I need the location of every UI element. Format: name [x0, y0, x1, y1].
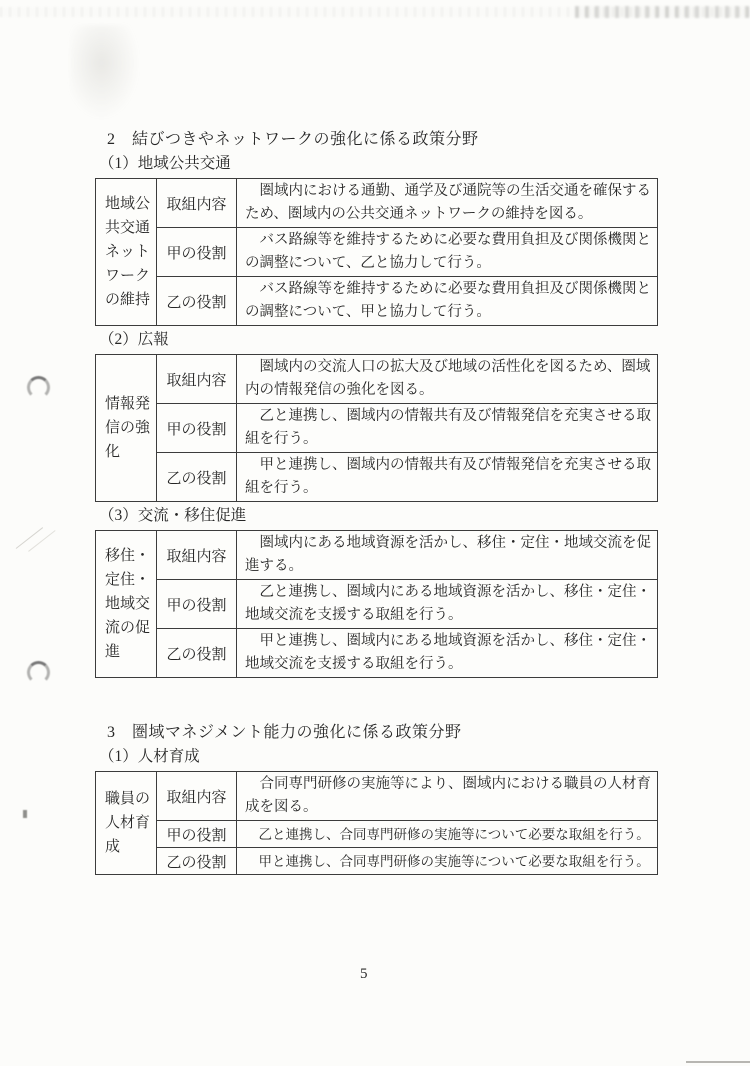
- subsection-title: （1）地域公共交通: [99, 154, 660, 174]
- subsection-title: （2）広報: [99, 330, 660, 350]
- section-heading: 3 圏域マネジメント能力の強化に係る政策分野: [107, 722, 660, 743]
- scan-speck-artifact: [23, 810, 27, 818]
- row-header-cell: 甲の役割: [157, 228, 237, 276]
- table-row: 乙の役割 甲と連携し、圏域内にある地域資源を活かし、移住・定住・地域交流を支援す…: [157, 628, 657, 677]
- punch-hole-artifact: [27, 661, 50, 684]
- table-row: 乙の役割 甲と連携し、圏域内の情報共有及び情報発信を充実させる取組を行う。: [157, 452, 657, 501]
- table-row: 取組内容 圏域内における通勤、通学及び通院等の生活交通を確保するため、圏域内の公…: [157, 179, 657, 227]
- row-content-cell: 圏域内における通勤、通学及び通院等の生活交通を確保するため、圏域内の公共交通ネッ…: [237, 179, 657, 227]
- table-category-label: 情報発信の強化: [105, 392, 151, 464]
- table-rows: 取組内容 圏域内の交流人口の拡大及び地域の活性化を図るため、圏域内の情報発信の強…: [157, 355, 657, 501]
- table-category-label: 地域公共交通ネットワークの維持: [105, 192, 151, 312]
- table-row: 甲の役割 バス路線等を維持するために必要な費用負担及び関係機関との調整について、…: [157, 227, 657, 276]
- row-header-cell: 乙の役割: [157, 848, 237, 874]
- row-content-cell: 甲と連携し、圏域内の情報共有及び情報発信を充実させる取組を行う。: [237, 453, 657, 501]
- table-row: 甲の役割 乙と連携し、合同専門研修の実施等について必要な取組を行う。: [157, 820, 657, 847]
- policy-table-migration-exchange: 移住・定住・地域交流の促進 取組内容 圏域内にある地域資源を活かし、移住・定住・…: [95, 530, 658, 678]
- row-content-cell: バス路線等を維持するために必要な費用負担及び関係機関との調整について、乙と協力し…: [237, 228, 657, 276]
- subsection-title: （1）人材育成: [99, 747, 660, 767]
- page-number: 5: [360, 966, 368, 983]
- table-rows: 取組内容 合同専門研修の実施等により、圏域内における職員の人材育成を図る。 甲の…: [157, 772, 657, 874]
- row-content-cell: 圏域内の交流人口の拡大及び地域の活性化を図るため、圏域内の情報発信の強化を図る。: [237, 355, 657, 403]
- table-category-cell: 移住・定住・地域交流の促進: [96, 531, 157, 677]
- table-category-cell: 情報発信の強化: [96, 355, 157, 501]
- table-row: 甲の役割 乙と連携し、圏域内にある地域資源を活かし、移住・定住・地域交流を支援す…: [157, 579, 657, 628]
- scratch-artifact: [16, 527, 43, 549]
- table-row: 取組内容 圏域内の交流人口の拡大及び地域の活性化を図るため、圏域内の情報発信の強…: [157, 355, 657, 403]
- section-heading: 2 結びつきやネットワークの強化に係る政策分野: [107, 129, 660, 150]
- row-content-cell: 乙と連携し、圏域内の情報共有及び情報発信を充実させる取組を行う。: [237, 404, 657, 452]
- row-content-cell: 合同専門研修の実施等により、圏域内における職員の人材育成を図る。: [237, 772, 657, 820]
- row-header-cell: 甲の役割: [157, 580, 237, 628]
- table-row: 取組内容 合同専門研修の実施等により、圏域内における職員の人材育成を図る。: [157, 772, 657, 820]
- row-content-cell: バス路線等を維持するために必要な費用負担及び関係機関との調整について、甲と協力し…: [237, 277, 657, 325]
- row-content-cell: 甲と連携し、合同専門研修の実施等について必要な取組を行う。: [237, 848, 657, 874]
- row-header-cell: 乙の役割: [157, 453, 237, 501]
- document-content: 2 結びつきやネットワークの強化に係る政策分野 （1）地域公共交通 地域公共交通…: [95, 129, 660, 879]
- row-header-cell: 甲の役割: [157, 404, 237, 452]
- scanned-document-page: 2 結びつきやネットワークの強化に係る政策分野 （1）地域公共交通 地域公共交通…: [0, 0, 750, 1066]
- scan-noise-artifact: [575, 6, 750, 18]
- table-category-label: 職員の人材育成: [105, 787, 151, 859]
- row-header-cell: 取組内容: [157, 772, 237, 820]
- subsection-title: （3）交流・移住促進: [99, 506, 660, 526]
- table-row: 甲の役割 乙と連携し、圏域内の情報共有及び情報発信を充実させる取組を行う。: [157, 403, 657, 452]
- table-category-label: 移住・定住・地域交流の促進: [105, 544, 151, 664]
- table-row: 乙の役割 バス路線等を維持するために必要な費用負担及び関係機関との調整について、…: [157, 276, 657, 325]
- policy-table-hr-development: 職員の人材育成 取組内容 合同専門研修の実施等により、圏域内における職員の人材育…: [95, 771, 658, 875]
- row-content-cell: 甲と連携し、圏域内にある地域資源を活かし、移住・定住・地域交流を支援する取組を行…: [237, 629, 657, 677]
- page-edge-line-artifact: [686, 1061, 750, 1063]
- policy-table-public-relations: 情報発信の強化 取組内容 圏域内の交流人口の拡大及び地域の活性化を図るため、圏域…: [95, 354, 658, 502]
- punch-hole-artifact: [27, 376, 50, 399]
- table-row: 取組内容 圏域内にある地域資源を活かし、移住・定住・地域交流を促進する。: [157, 531, 657, 579]
- table-rows: 取組内容 圏域内における通勤、通学及び通院等の生活交通を確保するため、圏域内の公…: [157, 179, 657, 325]
- row-content-cell: 圏域内にある地域資源を活かし、移住・定住・地域交流を促進する。: [237, 531, 657, 579]
- row-header-cell: 取組内容: [157, 531, 237, 579]
- row-header-cell: 取組内容: [157, 355, 237, 403]
- row-header-cell: 乙の役割: [157, 629, 237, 677]
- row-content-cell: 乙と連携し、合同専門研修の実施等について必要な取組を行う。: [237, 821, 657, 847]
- row-content-cell: 乙と連携し、圏域内にある地域資源を活かし、移住・定住・地域交流を支援する取組を行…: [237, 580, 657, 628]
- row-header-cell: 甲の役割: [157, 821, 237, 847]
- table-category-cell: 職員の人材育成: [96, 772, 157, 874]
- policy-table-regional-transport: 地域公共交通ネットワークの維持 取組内容 圏域内における通勤、通学及び通院等の生…: [95, 178, 658, 326]
- row-header-cell: 乙の役割: [157, 277, 237, 325]
- table-rows: 取組内容 圏域内にある地域資源を活かし、移住・定住・地域交流を促進する。 甲の役…: [157, 531, 657, 677]
- table-row: 乙の役割 甲と連携し、合同専門研修の実施等について必要な取組を行う。: [157, 847, 657, 874]
- scan-smudge-artifact: [70, 25, 140, 120]
- row-header-cell: 取組内容: [157, 179, 237, 227]
- table-category-cell: 地域公共交通ネットワークの維持: [96, 179, 157, 325]
